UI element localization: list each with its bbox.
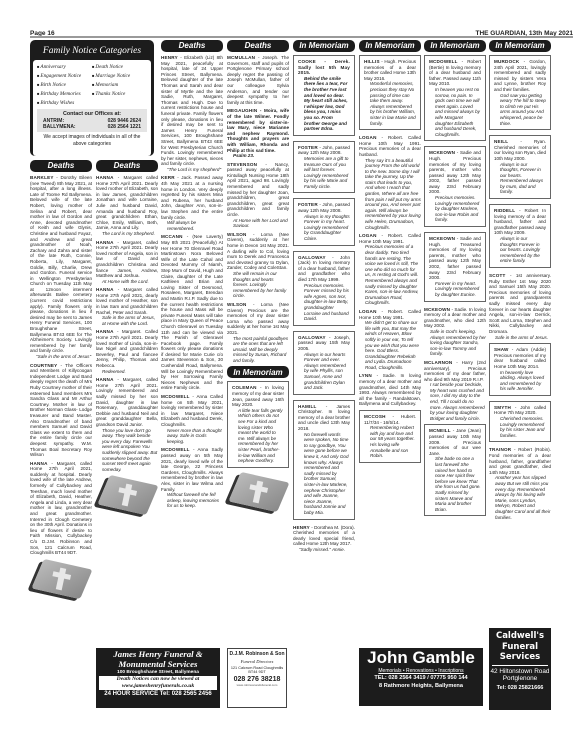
ad-website: www.robinsonandsfuneral.com xyxy=(228,683,286,687)
category-item: Engagement Notice xyxy=(37,72,92,80)
column-2: Deaths HANNA - Margaret called Home 27th… xyxy=(96,160,158,516)
memoriam-notice: GALLOWAY - John (Jack) In loving memory … xyxy=(293,251,355,326)
memoriam-notice: RIDDELL - Robert In loving memory of a d… xyxy=(489,204,551,268)
column-6: In Memoriam HILLIS - Hugh. Precious memo… xyxy=(359,40,421,468)
ad-service: 24 HOUR SERVICE Tel: 028 2565 2456 xyxy=(96,691,220,697)
memoriam-notice: MCKEOWN - Sadie and Hugh. Precious memor… xyxy=(424,146,486,227)
notice: WILSON - Lorna (Nee Givens) Precious are… xyxy=(227,302,289,364)
contact-title: Contact our Offices at: xyxy=(43,111,141,117)
office-phone: 028 2564 1221 xyxy=(108,124,141,130)
memoriam-notice: MCKEOWN - Sadie. In loving memory of a d… xyxy=(424,307,486,357)
notice: MCDOWELL - Anna Sadly passed away on 5th… xyxy=(161,447,223,509)
column-8: In Memoriam MURDOCK - Gordon, 24th April… xyxy=(489,40,551,523)
categories-title: Family Notice Categories xyxy=(33,46,151,56)
ad-address: 8 Rathmore Heights, Ballymena xyxy=(359,682,483,690)
notice: BARKLEY - Dorothy Eileen (nee Tweed) 8th… xyxy=(30,175,92,360)
memoriam-notice: GALLOWAY - Joseph, passed away 15th May … xyxy=(293,331,355,395)
bible-icon xyxy=(227,473,289,513)
column-4: Deaths MCMULLAN - Joseph. The Governors,… xyxy=(227,40,289,513)
category-item: Birth Notice xyxy=(37,81,92,89)
notice: MCDOWELL - Anna Called home on 5th May 2… xyxy=(161,394,223,444)
memoriam-notice: MCLARNON - Harry (2nd anniversary). Prec… xyxy=(424,360,486,422)
ad-subtitle: Funeral Directors xyxy=(228,659,286,664)
category-item: Birthday Memories xyxy=(37,90,92,98)
column-3: Deaths HENRY - Elizabeth (Liz) 8th May 2… xyxy=(161,40,223,512)
notice: HANNA - Margaret, called Home 27th April… xyxy=(30,461,92,556)
section-header-deaths: Deaths xyxy=(227,40,289,52)
category-item: Thanks Notice xyxy=(92,90,147,98)
memoriam-notice: MCDOWELL - Robert (Bertie) In loving mem… xyxy=(424,55,486,141)
memoriam-notice: MCNEILL - Jane (Jean) passed away 10th M… xyxy=(424,424,486,516)
ad-address: 42 Hiltonstown Road Portglenone xyxy=(489,668,551,683)
bible-icon xyxy=(30,560,92,600)
memoriam-notice: LOGAN - Robert. Called Home 10th May 199… xyxy=(359,233,421,306)
james-henry-ad: James Henry Funeral & Monumental Service… xyxy=(96,648,220,708)
notice: MEGAUGHIN - Moira, wife of the late Wilm… xyxy=(227,108,289,158)
memoriam-notice: MURDOCK - Gordon, 24th April 2021, lovin… xyxy=(489,55,551,130)
bible-icon xyxy=(96,476,158,516)
images-note: We accept images of individuals in all o… xyxy=(37,134,147,147)
memoriam-notice: COOKE - Derek. Sadly lost 5th May 2015.B… xyxy=(293,55,355,136)
memoriam-notice: SCOTT - 1st anniversary. Ruby Esther 1st… xyxy=(489,273,551,340)
memoriam-notice: TRAINOR - Robert (Robin). Fond memories … xyxy=(489,447,551,520)
section-header-memoriam: In Memoriam xyxy=(227,366,289,378)
notice: WILSON - Lorna (Nee Givens), suddenly at… xyxy=(227,232,289,299)
category-item: Anniversary xyxy=(37,63,92,71)
ad-title: Caldwell's Funeral Services xyxy=(489,628,551,663)
memoriam-notice: MCCOSH - Hubert. 11/7/34 - 16/5/14.Remem… xyxy=(359,410,421,463)
divider xyxy=(492,665,548,666)
section-header-memoriam: In Memoriam xyxy=(359,40,421,52)
column-1: Deaths BARKLEY - Dorothy Eileen (nee Twe… xyxy=(30,160,92,600)
contact-offices: Contact our Offices at: ANTRIM:028 9446 … xyxy=(37,109,147,132)
category-item: Marriage Notice xyxy=(92,72,147,80)
ad-phone: TEL: 028 2564 3419 / 07775 950 144 xyxy=(359,674,483,682)
notice: HANNA - Margaret called Home 27th April … xyxy=(96,175,158,237)
memoriam-notice: LYNN - Sadie. In loving memory of a dear… xyxy=(359,373,421,407)
ad-notice: Death Notices can now be viewed at www.j… xyxy=(99,676,217,690)
ad-title: James Henry Funeral & Monumental Service… xyxy=(96,648,220,669)
memoriam-notice: FOSTER - John, passed away 12th May 2008… xyxy=(293,141,355,194)
djm-robinson-ad: D.J.M. Robinson & Son Funeral Directors … xyxy=(227,648,287,708)
category-item: Memoriam xyxy=(92,81,147,89)
family-notice-categories: Family Notice Categories Anniversary Dea… xyxy=(30,40,154,156)
notice: MCCANN - (Nee Laverty) May 8th 2021 (Pea… xyxy=(161,234,223,391)
memoriam-notice: MCKEOWN - Sadie and Hugh. Treasured memo… xyxy=(424,232,486,302)
notice: MCMULLAN - Joseph. The Governors, staff … xyxy=(227,55,289,105)
memoriam-notice: NEILL - Ryan. Cherished memories of our … xyxy=(489,135,551,199)
memoriam-notice: SMYTH - John called Home 7th May 2020.Ch… xyxy=(489,401,551,443)
memoriam-notice: LOGAN - Robert. Called Home 10th May 199… xyxy=(359,309,421,371)
category-item: Birthday Wishes xyxy=(37,99,92,107)
section-header-deaths: Deaths xyxy=(161,40,223,52)
memoriam-notice: LOGAN - Robert. Called Home 10th May 199… xyxy=(359,135,421,230)
memoriam-notice: HAMILL - James Christopher. In loving me… xyxy=(293,400,355,520)
section-header-deaths: Deaths xyxy=(96,160,158,172)
caldwells-ad: Caldwell's Funeral Services 42 Hiltonsto… xyxy=(489,628,551,710)
john-gamble-ad: John Gamble Memorials • Renovations • In… xyxy=(359,648,483,706)
notice: KERR - Jack. Passed away 4th May 2021 at… xyxy=(161,175,223,231)
memoriam-notice: HENRY - Dorothea M. (Dora). Cherished me… xyxy=(293,525,355,553)
office-name: BALLYMENA: xyxy=(43,124,76,130)
ad-phone: Tel: 028 25821666 xyxy=(489,685,551,691)
memoriam-notice: FOSTER - John, passed away 12th May 2008… xyxy=(293,198,355,245)
notice: HANNA - Margaret called Home 27th April … xyxy=(96,287,158,326)
section-header-deaths: Deaths xyxy=(30,160,92,172)
memoriam-notice: COLEMAN - In loving memory of my dear si… xyxy=(227,381,289,467)
notice: HANNA - Margaret, called Home 27th April… xyxy=(96,377,158,472)
notice: HENRY - Elizabeth (Liz) 8th May 2021, pe… xyxy=(161,55,223,172)
ad-phone: 028 276 38218 xyxy=(228,676,286,683)
section-header-memoriam: In Memoriam xyxy=(293,40,355,52)
ad-address: 121 Calcrum Road Cloughmills BT44 9DT xyxy=(228,666,286,674)
ad-address: 100 Broughshane Street, Ballymena xyxy=(96,670,220,675)
notice: HANNA - Margaret, called Home 27th April… xyxy=(96,240,158,285)
category-item: Death Notice xyxy=(92,63,147,71)
memoriam-notice: SHAW - Adam (Addie) Precious memories of… xyxy=(489,343,551,396)
notice: HANNA - Margaret. Called Home 27th April… xyxy=(96,329,158,374)
notice: COURTNEY - The Officers and Members of K… xyxy=(30,363,92,458)
category-list: Anniversary Death Notice Engagement Noti… xyxy=(37,63,147,107)
column-7: In Memoriam MCDOWELL - Robert (Bertie) I… xyxy=(424,40,486,521)
ad-title: John Gamble xyxy=(359,648,483,668)
notice: STEVENSON - Nancy, passed away peacefull… xyxy=(227,162,289,229)
section-header-memoriam: In Memoriam xyxy=(489,40,551,52)
ad-title: D.J.M. Robinson & Son xyxy=(228,651,286,657)
section-header-memoriam: In Memoriam xyxy=(424,40,486,52)
memoriam-notice: HILLIS - Hugh. Precious memories of a de… xyxy=(359,55,421,130)
header-rule xyxy=(30,36,573,38)
column-5: In Memoriam COOKE - Derek. Sadly lost 5t… xyxy=(293,40,355,556)
